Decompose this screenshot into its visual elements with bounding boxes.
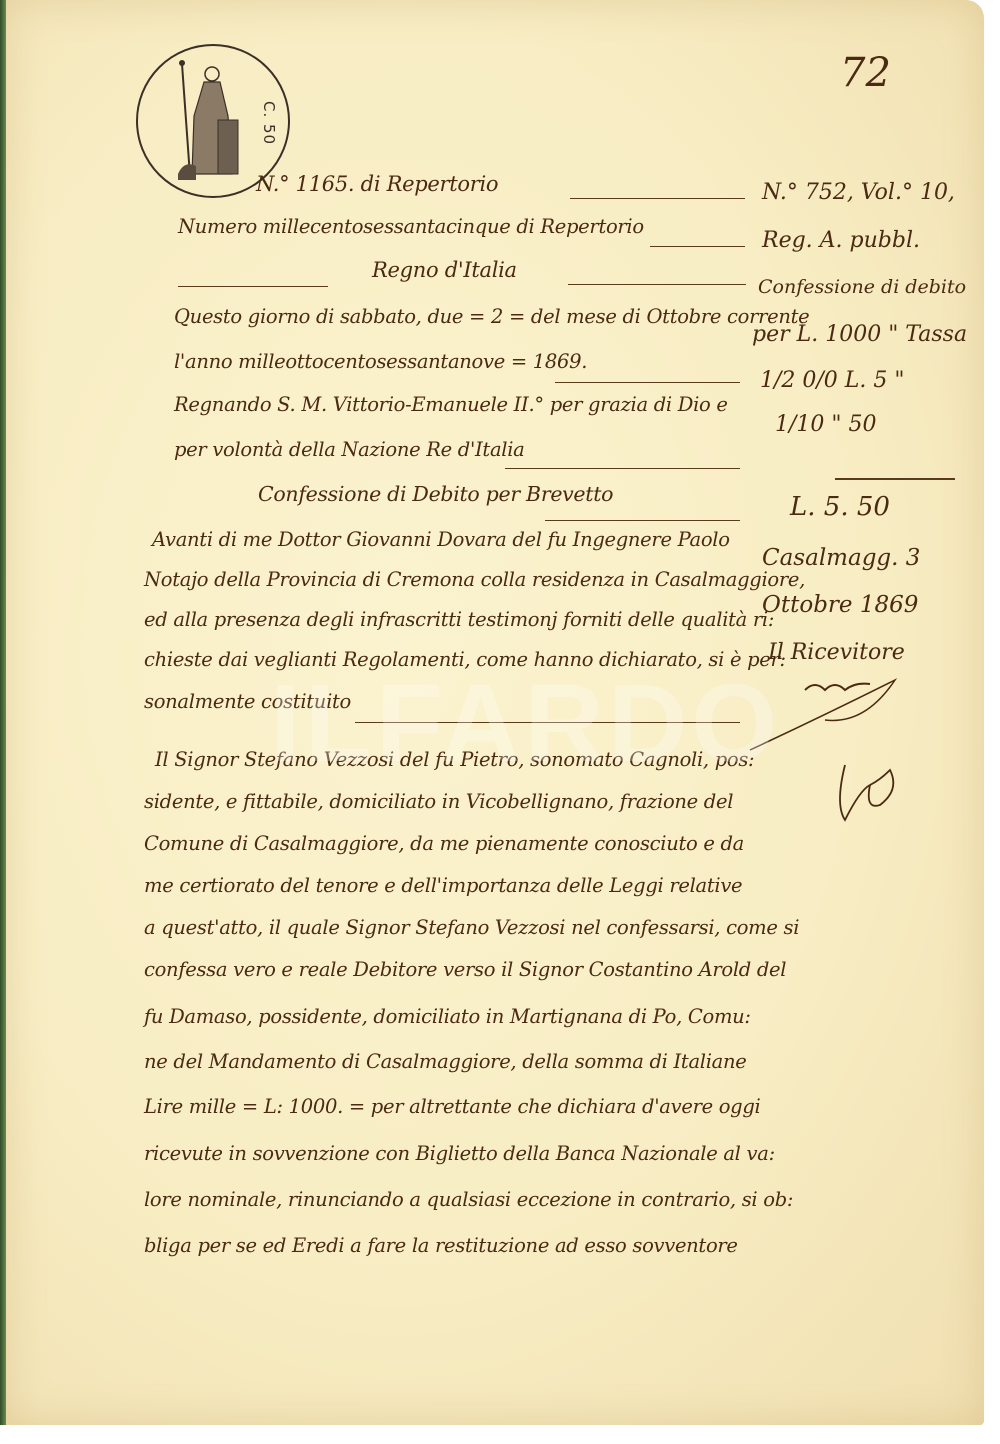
margin-note: 1/2 0/0 L. 5 " <box>760 368 905 393</box>
body-line: Questo giorno di sabbato, due = 2 = del … <box>174 305 809 328</box>
margin-note: 1/10 " 50 <box>775 412 877 437</box>
margin-date: Ottobre 1869 <box>762 592 918 618</box>
watermark: ILFARDO <box>270 660 781 787</box>
body-line: ricevute in sovvenzione con Biglietto de… <box>144 1142 775 1165</box>
kingdom-heading: Regno d'Italia <box>372 258 517 282</box>
body-line: Notajo della Provincia di Cremona colla … <box>144 568 805 591</box>
margin-note: Reg. A. pubbl. <box>762 228 920 253</box>
body-line: me certiorato del tenore e dell'importan… <box>144 874 742 897</box>
margin-ricevitore: Il Ricevitore <box>768 640 905 665</box>
deed-title: Confessione di Debito per Brevetto <box>258 482 613 506</box>
sum-rule <box>835 478 955 480</box>
repertorio-words: Numero millecentosessantacinque di Reper… <box>178 215 644 238</box>
body-line: Lire mille = L: 1000. = per altrettante … <box>144 1095 761 1118</box>
margin-total: L. 5. 50 <box>790 492 890 522</box>
filler-dash <box>570 198 745 199</box>
body-line: sidente, e fittabile, domiciliato in Vic… <box>144 790 733 813</box>
filler-dash <box>568 284 746 285</box>
body-line: fu Damaso, possidente, domiciliato in Ma… <box>144 1005 751 1028</box>
stamp-value: C. 50 <box>260 101 278 145</box>
filler-dash <box>650 246 745 247</box>
body-line: ed alla presenza degli infrascritti test… <box>144 608 774 631</box>
margin-place-date: Casalmagg. 3 <box>762 545 920 571</box>
body-line: confessa vero e reale Debitore verso il … <box>144 958 786 981</box>
body-line: Regnando S. M. Vittorio-Emanuele II.° pe… <box>174 393 728 416</box>
body-line: l'anno milleottocentosessantanove = 1869… <box>174 350 587 373</box>
body-line: bliga per se ed Eredi a fare la restituz… <box>144 1234 738 1257</box>
body-line: ne del Mandamento di Casalmaggiore, dell… <box>144 1050 746 1073</box>
body-line: Comune di Casalmaggiore, da me pienament… <box>144 832 744 855</box>
italia-figure-icon <box>174 56 244 186</box>
body-line: a quest'atto, il quale Signor Stefano Ve… <box>144 916 799 939</box>
body-line: lore nominale, rinunciando a qualsiasi e… <box>144 1188 793 1211</box>
body-line: Avanti di me Dottor Giovanni Dovara del … <box>152 528 730 551</box>
margin-note: Confessione di debito <box>758 276 966 298</box>
filler-dash <box>178 286 328 287</box>
filler-dash <box>555 382 740 383</box>
margin-note: N.° 752, Vol.° 10, <box>762 180 955 205</box>
repertorio-number: N.° 1165. di Repertorio <box>256 172 498 196</box>
body-line: per volontà della Nazione Re d'Italia <box>174 438 524 461</box>
folio-number: 72 <box>840 50 891 96</box>
filler-dash <box>545 520 740 521</box>
margin-note: per L. 1000 " Tassa <box>752 322 967 347</box>
filler-dash <box>505 468 740 469</box>
